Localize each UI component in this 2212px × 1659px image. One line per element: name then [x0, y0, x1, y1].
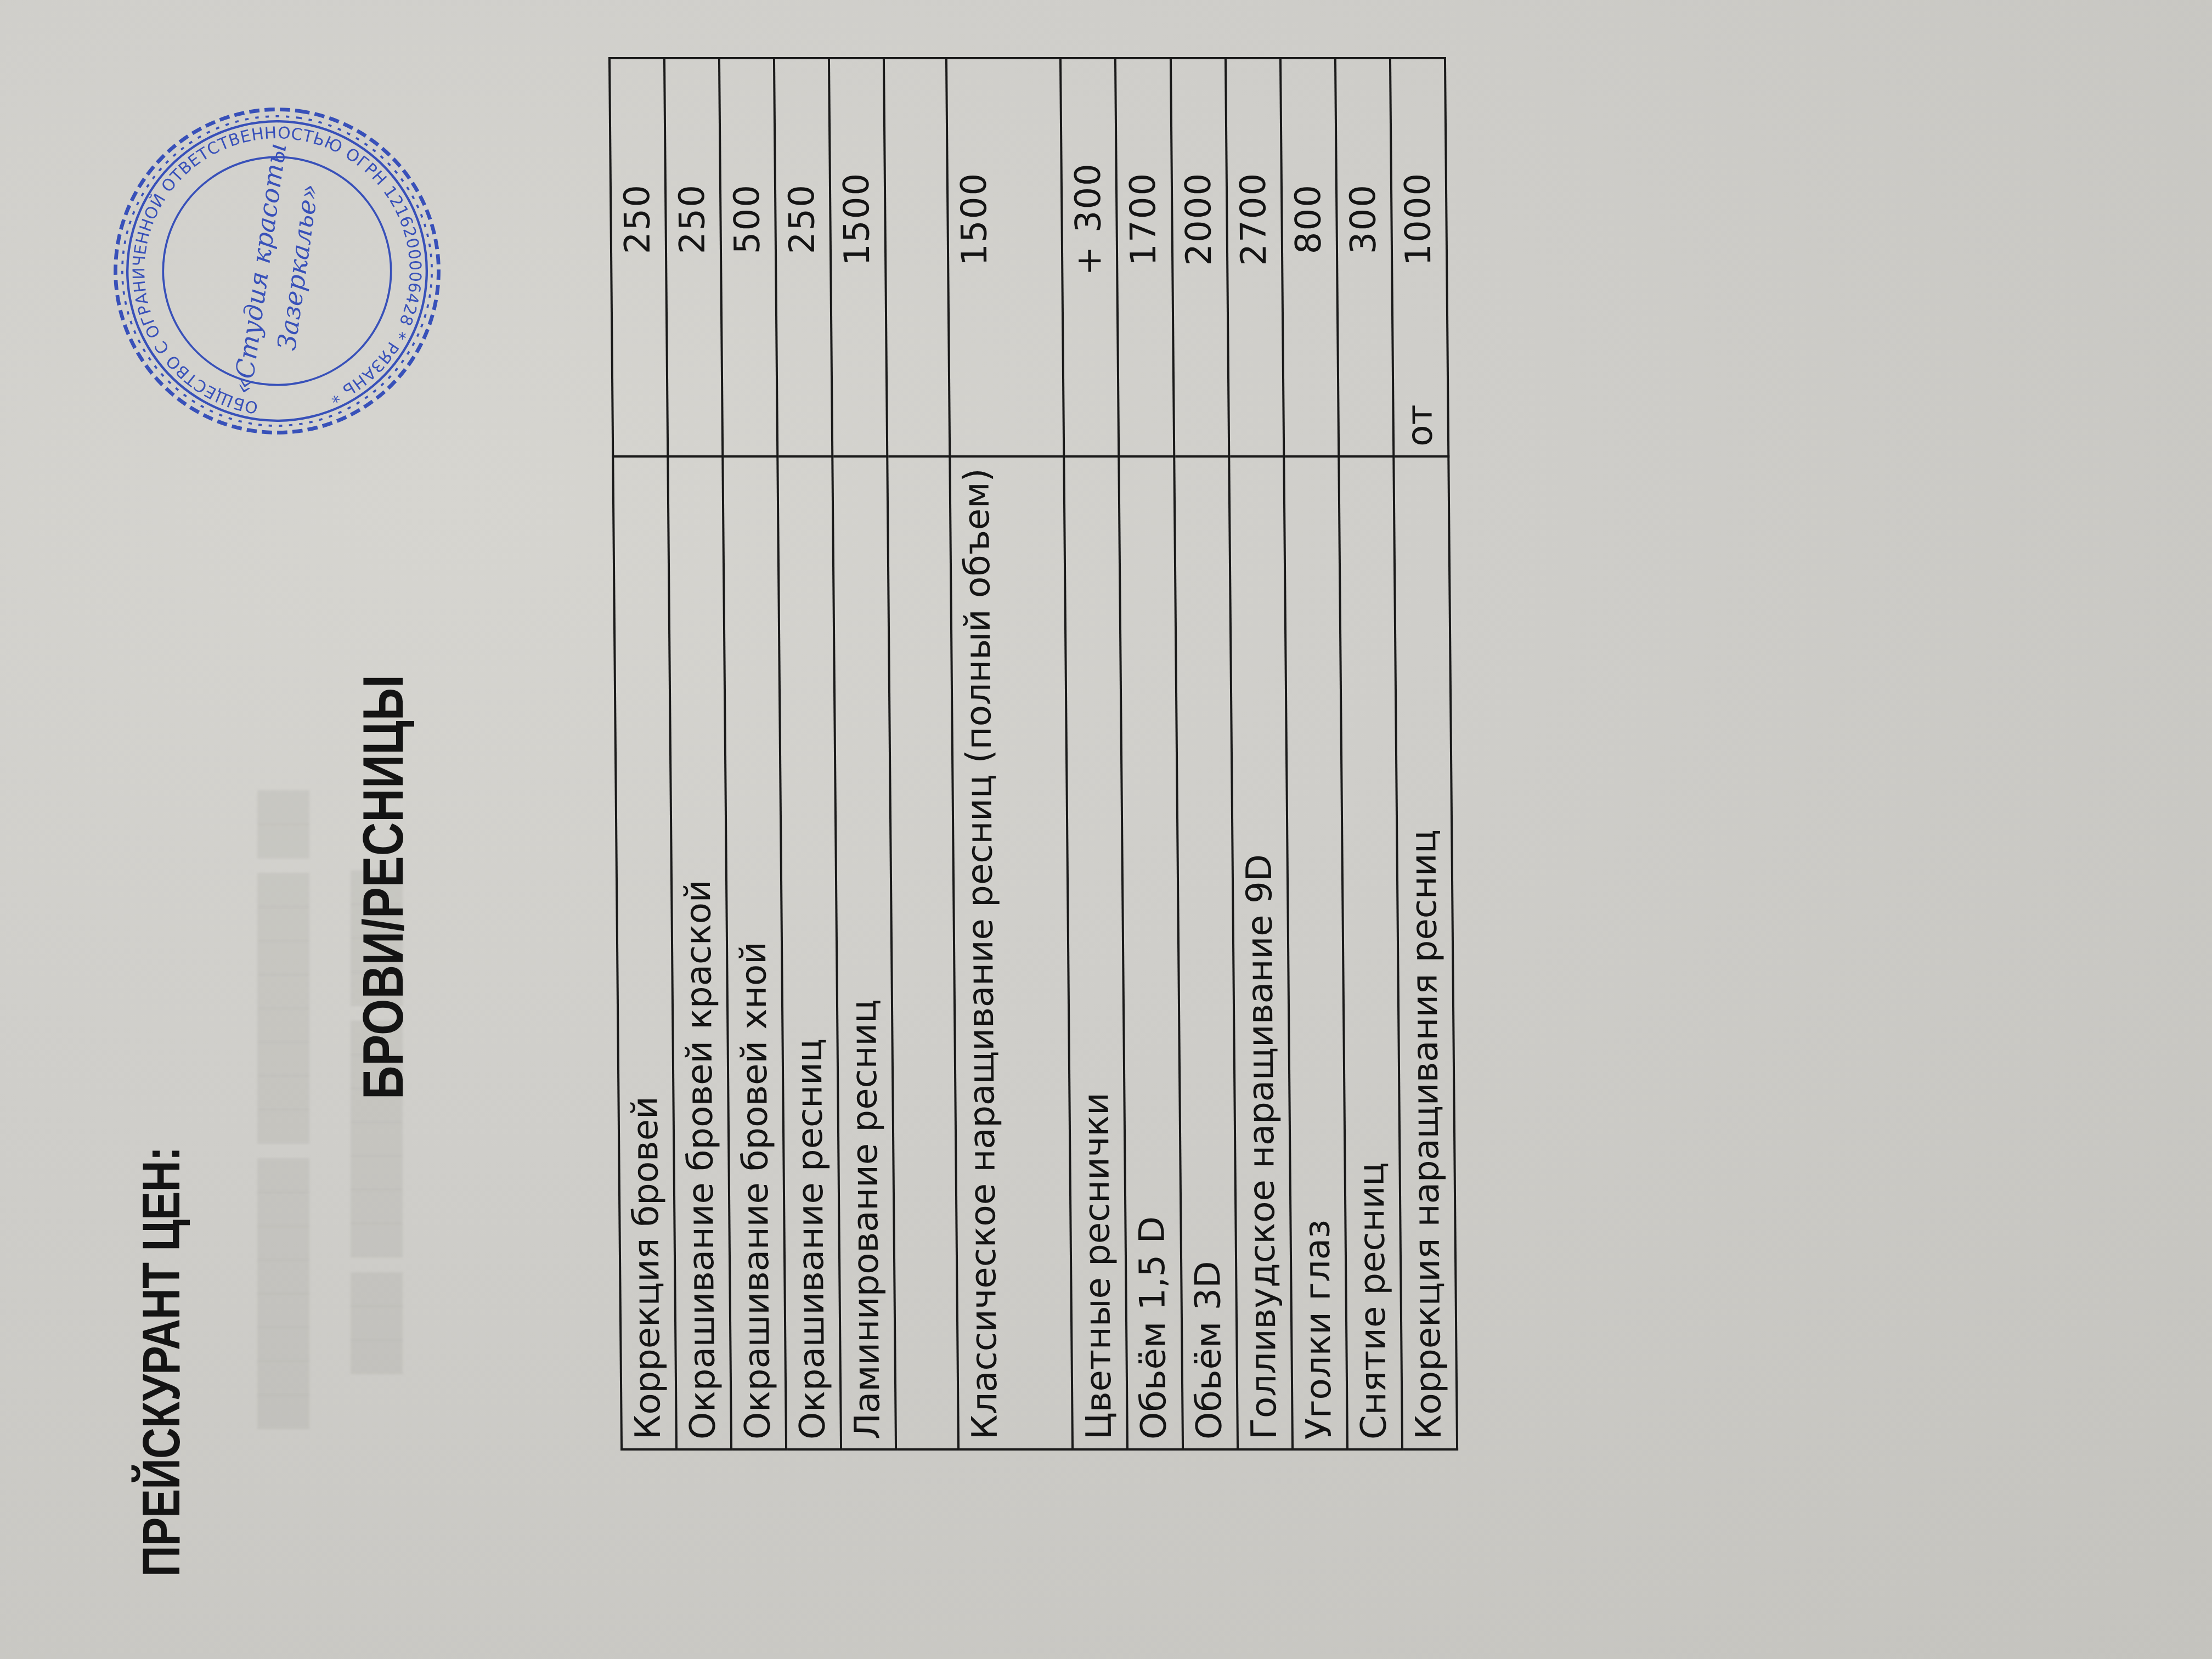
price-prefix: [1338, 379, 1393, 456]
document-title: ПРЕЙСКУРАНТ ЦЕН:: [132, 1147, 192, 1577]
stamp-seal-icon: ОБЩЕСТВО С ОГРАНИЧЕННОЙ ОТВЕТСТВЕННОСТЬЮ…: [85, 79, 469, 463]
price-table: Коррекция бровей250Окрашивание бровей кр…: [608, 57, 1458, 1451]
service-name: Голливудское наращивание 9D: [1229, 456, 1293, 1449]
bleed-through-text: ████████ ████████ ██: [258, 791, 309, 1429]
price-prefix: [1228, 379, 1284, 456]
section-title: БРОВИ/РЕСНИЦЫ: [351, 675, 416, 1099]
service-price: [884, 58, 949, 379]
service-name: Окрашивание бровей краской: [668, 456, 731, 1449]
price-prefix: [777, 379, 832, 456]
service-price: 250: [664, 58, 722, 379]
table-row: Классическое наращивание ресниц (полный …: [946, 58, 1073, 1449]
price-prefix: [722, 379, 777, 456]
price-list-page: ПРЕЙСКУРАНТ ЦЕН: ████████ ████████ ██ ██…: [0, 0, 2212, 1659]
service-name: Цветные реснички: [1064, 456, 1128, 1449]
service-price: + 300: [1060, 58, 1118, 379]
price-prefix: [1173, 379, 1229, 456]
service-name: Обьём 1,5 D: [1119, 456, 1183, 1449]
service-price: 300: [1335, 58, 1393, 379]
price-prefix: [612, 379, 668, 456]
price-prefix: от: [1393, 379, 1448, 456]
service-name: Коррекция бровей: [613, 456, 676, 1449]
service-price: 500: [719, 58, 777, 379]
service-name: Ламинирование ресниц: [833, 456, 896, 1449]
price-prefix: [1063, 379, 1119, 456]
service-name: Уголки глаз: [1284, 456, 1347, 1449]
price-prefix: [667, 379, 723, 456]
table-row: Коррекция наращивания ресницот1000: [1390, 58, 1457, 1449]
service-price: 250: [774, 58, 832, 379]
price-prefix: [949, 379, 1064, 456]
service-name: Окрашивание бровей хной: [723, 456, 786, 1449]
service-price: 2000: [1170, 58, 1228, 379]
service-price: 2700: [1226, 58, 1283, 379]
service-name: Окрашивание ресниц: [778, 456, 842, 1449]
photo-background: ПРЕЙСКУРАНТ ЦЕН: ████████ ████████ ██ ██…: [0, 0, 2212, 1659]
service-name: Обьём 3D: [1174, 456, 1238, 1449]
service-name: Классическое наращивание ресниц (полный …: [950, 456, 1073, 1449]
price-prefix: [887, 379, 950, 456]
service-price: 1500: [829, 58, 887, 379]
price-prefix: [1119, 379, 1174, 456]
service-price: 1000: [1390, 58, 1448, 379]
company-stamp: ОБЩЕСТВО С ОГРАНИЧЕННОЙ ОТВЕТСТВЕННОСТЬЮ…: [85, 79, 469, 463]
service-name: [888, 456, 959, 1449]
service-price: 1700: [1115, 58, 1173, 379]
service-name: Коррекция наращивания ресниц: [1393, 456, 1457, 1449]
price-prefix: [832, 379, 887, 456]
service-price: 800: [1280, 58, 1338, 379]
service-price: 250: [610, 58, 667, 379]
price-prefix: [1283, 379, 1339, 456]
service-name: Снятие ресниц: [1339, 456, 1402, 1449]
table-row-empty: [884, 58, 958, 1449]
service-price: 1500: [946, 58, 1063, 379]
